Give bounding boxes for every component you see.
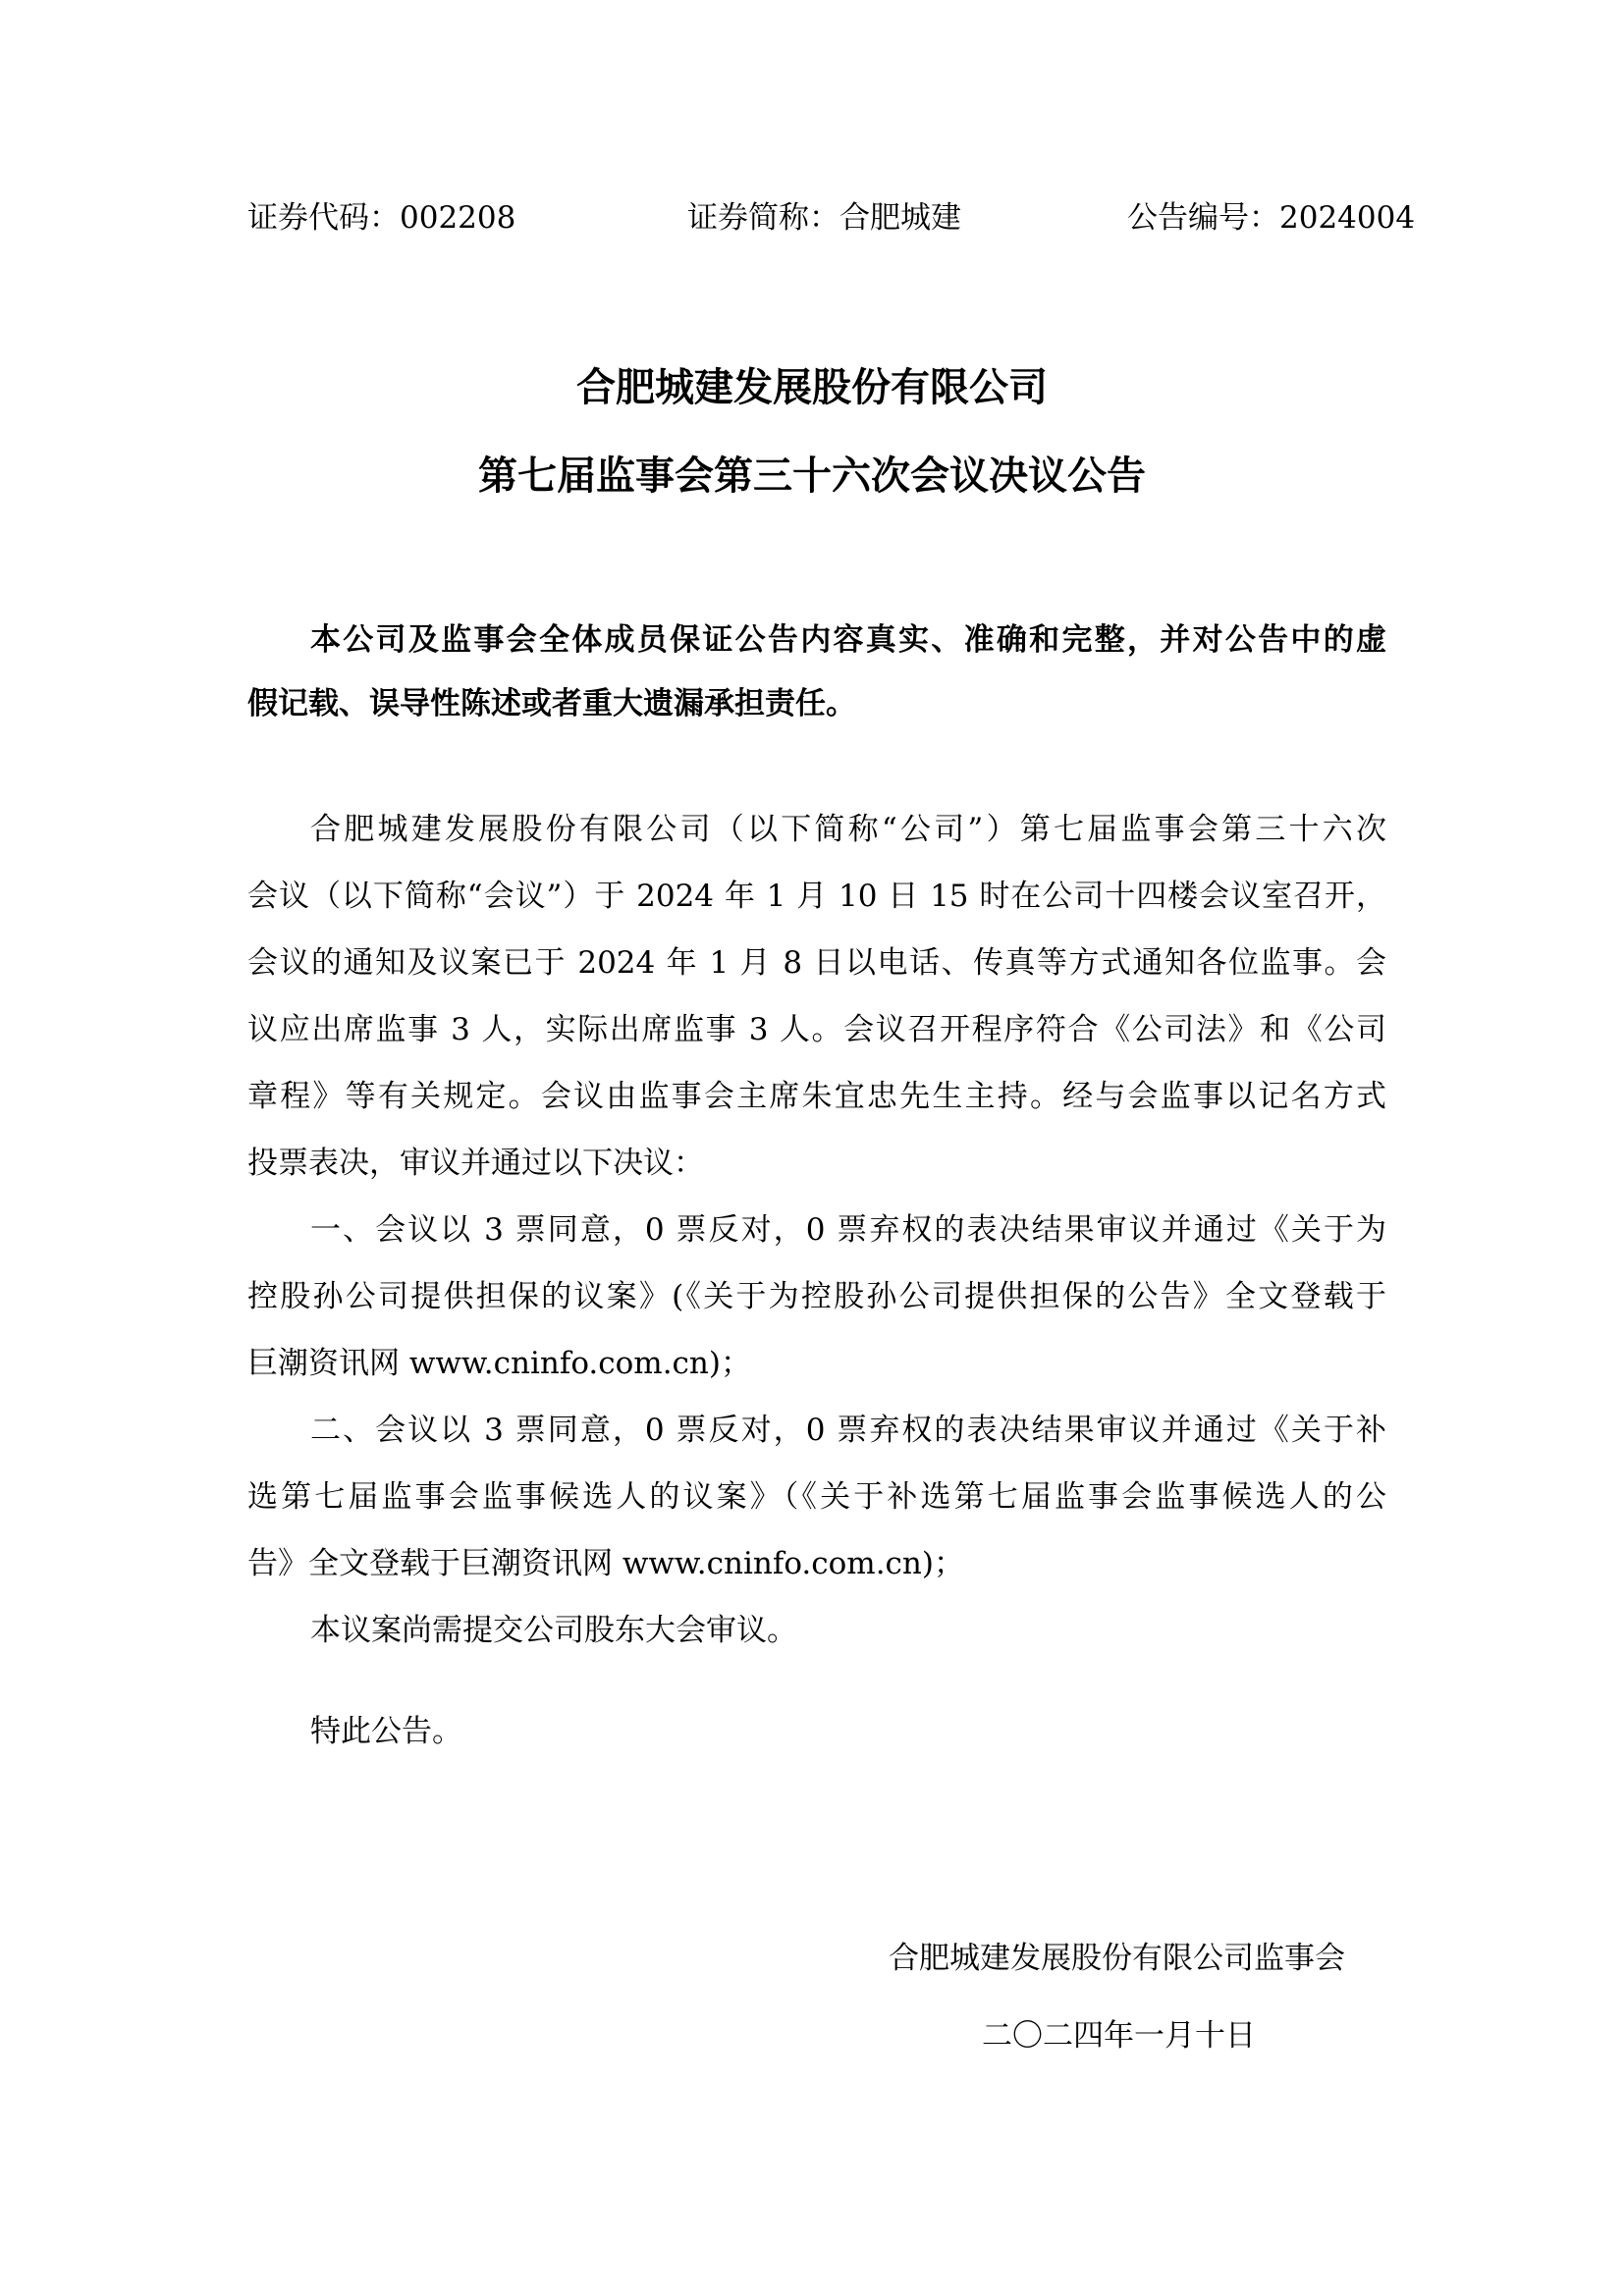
paragraph-line: 选第七届监事会监事候选人的议案》（《关于补选第七届监事会监事候选人的公 [247,1477,1386,1517]
paragraph-line: 告》全文登载于巨潮资讯网 www.cninfo.com.cn)； [247,1544,1386,1583]
notice-number: 公告编号：2024004 [1127,198,1415,238]
statement-line: 假记载、误导性陈述或者重大遗漏承担责任。 [247,684,1386,723]
signature-organization: 合肥城建发展股份有限公司监事会 [889,1939,1345,1978]
paragraph-line: 投票表决，审议并通过以下决议： [247,1144,1386,1183]
closing-text: 特此公告。 [310,1712,462,1751]
signature-date: 二〇二四年一月十日 [982,2016,1256,2056]
statement-line: 本公司及监事会全体成员保证公告内容真实、准确和完整，并对公告中的虚 [310,620,1386,660]
paragraph-line: 二、会议以 3 票同意，0 票反对，0 票弃权的表决结果审议并通过《关于补 [310,1411,1386,1450]
shareholder-meeting-note: 本议案尚需提交公司股东大会审议。 [310,1611,797,1650]
paragraph-line: 章程》等有关规定。会议由监事会主席朱宜忠先生主持。经与会监事以记名方式 [247,1077,1386,1116]
paragraph-line: 合肥城建发展股份有限公司（以下简称“公司”）第七届监事会第三十六次 [310,810,1386,849]
notice-title: 第七届监事会第三十六次会议决议公告 [0,452,1624,501]
stock-code: 证券代码：002208 [247,198,515,238]
company-title: 合肥城建发展股份有限公司 [0,363,1624,412]
stock-name: 证券简称：合肥城建 [687,198,961,238]
paragraph-line: 会议（以下简称“会议”）于 2024 年 1 月 10 日 15 时在公司十四楼… [247,877,1386,916]
paragraph-line: 议应出席监事 3 人，实际出席监事 3 人。会议召开程序符合《公司法》和《公司 [247,1010,1386,1049]
paragraph-line: 一、会议以 3 票同意，0 票反对，0 票弃权的表决结果审议并通过《关于为 [310,1210,1386,1250]
paragraph-line: 巨潮资讯网 www.cninfo.com.cn)； [247,1344,1386,1383]
paragraph-line: 控股孙公司提供担保的议案》(《关于为控股孙公司提供担保的公告》全文登载于 [247,1277,1386,1316]
paragraph-line: 会议的通知及议案已于 2024 年 1 月 8 日以电话、传真等方式通知各位监事… [247,943,1386,983]
